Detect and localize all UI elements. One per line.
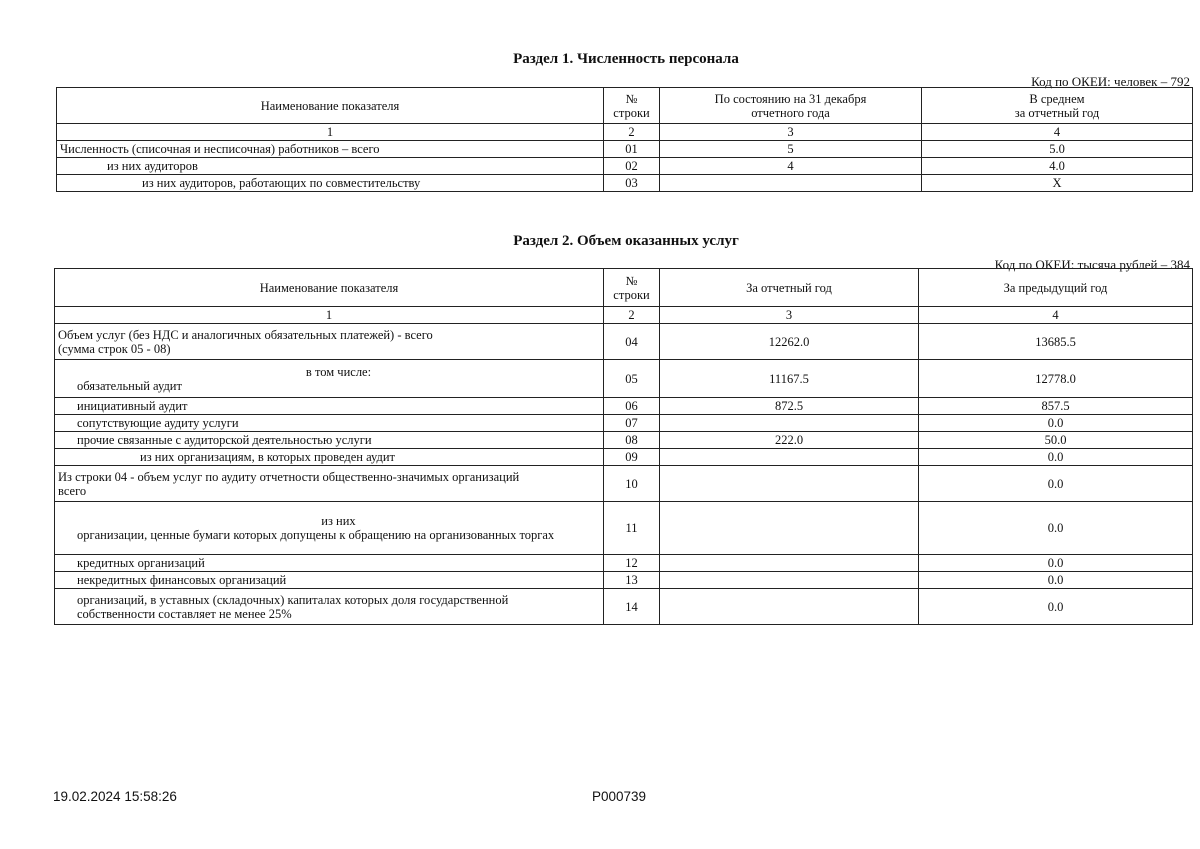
table-row: организаций, в уставных (складочных) кап…: [55, 589, 1193, 625]
header-col3: По состоянию на 31 декабря отчетного год…: [660, 88, 922, 124]
table-row: Численность (списочная и несписочная) ра…: [57, 141, 1193, 158]
header-name: Наименование показателя: [57, 88, 604, 124]
table-row: Объем услуг (без НДС и аналогичных обяза…: [55, 324, 1193, 360]
table-row: из них аудиторов 02 4 4.0: [57, 158, 1193, 175]
colnum-2: 2: [604, 307, 660, 324]
row-col3-value: [660, 449, 919, 466]
row-name-cell: из них организации, ценные бумаги которы…: [55, 502, 604, 555]
row-name: из них организациям, в которых проведен …: [55, 449, 604, 466]
row-name: обязательный аудит: [77, 379, 182, 393]
row-line-no: 01: [604, 141, 660, 158]
row-line-no: 13: [604, 572, 660, 589]
table-row: некредитных финансовых организаций 13 0.…: [55, 572, 1193, 589]
header-col3: За отчетный год: [660, 269, 919, 307]
row-name: некредитных финансовых организаций: [55, 572, 604, 589]
row-col3-value: 222.0: [660, 432, 919, 449]
row-name: Из строки 04 - объем услуг по аудиту отч…: [55, 466, 604, 502]
document-code: P000739: [592, 789, 646, 804]
row-col4-value: 0.0: [919, 502, 1193, 555]
section2-title: Раздел 2. Объем оказанных услуг: [0, 233, 1200, 250]
row-col4-value: 0.0: [919, 555, 1193, 572]
table-header-row: Наименование показателя № строки За отче…: [55, 269, 1193, 307]
row-name: кредитных организаций: [55, 555, 604, 572]
header-name: Наименование показателя: [55, 269, 604, 307]
row-name: Объем услуг (без НДС и аналогичных обяза…: [55, 324, 604, 360]
row-col4-value: 50.0: [919, 432, 1193, 449]
row-name: инициативный аудит: [55, 398, 604, 415]
column-numbers-row: 1 2 3 4: [57, 124, 1193, 141]
section1-title: Раздел 1. Численность персонала: [0, 51, 1200, 68]
row-col4-value: 0.0: [919, 466, 1193, 502]
row-col3-value: [660, 502, 919, 555]
row-line-no: 07: [604, 415, 660, 432]
row-col4-value: 5.0: [922, 141, 1193, 158]
colnum-2: 2: [604, 124, 660, 141]
row-line-no: 12: [604, 555, 660, 572]
row-name: организаций, в уставных (складочных) кап…: [55, 589, 604, 625]
row-col4-value: 857.5: [919, 398, 1193, 415]
row-line-no: 04: [604, 324, 660, 360]
row-col3-value: [660, 555, 919, 572]
table-row: из них аудиторов, работающих по совмести…: [57, 175, 1193, 192]
row-col3-value: [660, 175, 922, 192]
row-name: из них аудиторов: [57, 158, 604, 175]
colnum-3: 3: [660, 307, 919, 324]
row-col4-value: 0.0: [919, 449, 1193, 466]
row-name: из них аудиторов, работающих по совмести…: [57, 175, 604, 192]
header-col4: В среднем за отчетный год: [922, 88, 1193, 124]
section2-table: Наименование показателя № строки За отче…: [54, 268, 1193, 625]
row-line-no: 06: [604, 398, 660, 415]
row-col3-value: [660, 466, 919, 502]
row-col3-value: [660, 572, 919, 589]
header-line-no: № строки: [604, 269, 660, 307]
table-row: сопутствующие аудиту услуги 07 0.0: [55, 415, 1193, 432]
table-row: прочие связанные с аудиторской деятельно…: [55, 432, 1193, 449]
table-row: инициативный аудит 06 872.5 857.5: [55, 398, 1193, 415]
row-col3-value: 872.5: [660, 398, 919, 415]
row-col4-value: 4.0: [922, 158, 1193, 175]
header-col4: За предыдущий год: [919, 269, 1193, 307]
row-col4-value: 0.0: [919, 589, 1193, 625]
row-name: прочие связанные с аудиторской деятельно…: [55, 432, 604, 449]
row-line-no: 09: [604, 449, 660, 466]
table-row: из них организациям, в которых проведен …: [55, 449, 1193, 466]
row-col3-value: 12262.0: [660, 324, 919, 360]
row-col4-value: 12778.0: [919, 360, 1193, 398]
colnum-4: 4: [919, 307, 1193, 324]
table-row: Из строки 04 - объем услуг по аудиту отч…: [55, 466, 1193, 502]
row-name: организации, ценные бумаги которых допущ…: [77, 528, 554, 542]
colnum-4: 4: [922, 124, 1193, 141]
row-prefix: в том числе:: [77, 365, 600, 379]
table-header-row: Наименование показателя № строки По сост…: [57, 88, 1193, 124]
column-numbers-row: 1 2 3 4: [55, 307, 1193, 324]
row-line-no: 11: [604, 502, 660, 555]
section1-table: Наименование показателя № строки По сост…: [56, 87, 1193, 192]
row-name-cell: в том числе: обязательный аудит: [55, 360, 604, 398]
row-col3-value: 4: [660, 158, 922, 175]
table-row: кредитных организаций 12 0.0: [55, 555, 1193, 572]
colnum-1: 1: [57, 124, 604, 141]
header-line-no: № строки: [604, 88, 660, 124]
row-line-no: 14: [604, 589, 660, 625]
print-timestamp: 19.02.2024 15:58:26: [53, 789, 177, 804]
row-col4-value: 13685.5: [919, 324, 1193, 360]
row-col4-value: 0.0: [919, 572, 1193, 589]
row-col3-value: 11167.5: [660, 360, 919, 398]
row-line-no: 05: [604, 360, 660, 398]
colnum-1: 1: [55, 307, 604, 324]
row-col3-value: [660, 415, 919, 432]
row-line-no: 08: [604, 432, 660, 449]
colnum-3: 3: [660, 124, 922, 141]
row-line-no: 10: [604, 466, 660, 502]
row-name: сопутствующие аудиту услуги: [55, 415, 604, 432]
table-row: из них организации, ценные бумаги которы…: [55, 502, 1193, 555]
row-col4-value: X: [922, 175, 1193, 192]
row-col4-value: 0.0: [919, 415, 1193, 432]
table-row: в том числе: обязательный аудит 05 11167…: [55, 360, 1193, 398]
row-line-no: 03: [604, 175, 660, 192]
row-col3-value: [660, 589, 919, 625]
row-line-no: 02: [604, 158, 660, 175]
row-prefix: из них: [77, 514, 600, 528]
row-name: Численность (списочная и несписочная) ра…: [57, 141, 604, 158]
row-col3-value: 5: [660, 141, 922, 158]
